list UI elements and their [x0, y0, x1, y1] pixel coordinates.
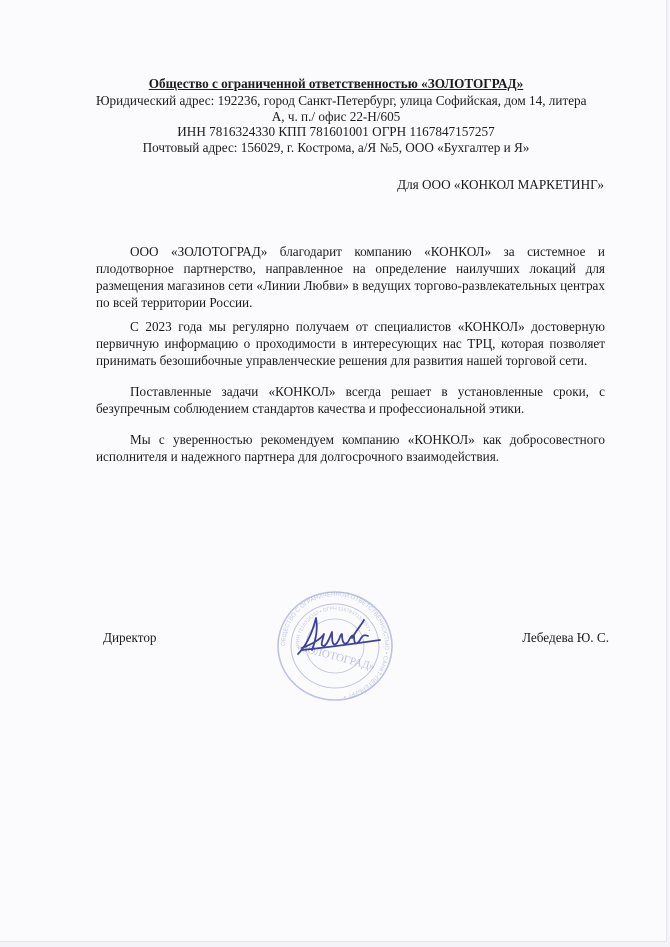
organization-title: Общество с ограниченной ответственностью… — [149, 76, 523, 91]
letter-page: Общество с ограниченной ответственностью… — [0, 0, 667, 942]
letter-body: ООО «ЗОЛОТОГРАД» благодарит компанию «КО… — [96, 243, 605, 465]
registration-numbers: ИНН 7816324330 КПП 781601001 ОГРН 116784… — [96, 124, 576, 139]
legal-address-line-2: А, ч. п./ офис 22-Н/605 — [96, 109, 576, 124]
letterhead: Общество с ограниченной ответственностью… — [96, 76, 576, 155]
body-paragraph-4: Мы с уверенностью рекомендуем компанию «… — [96, 431, 605, 465]
body-paragraph-3: Поставленные задачи «КОНКОЛ» всегда реша… — [96, 383, 605, 417]
signatory-position: Директор — [103, 630, 157, 646]
body-paragraph-2: С 2023 года мы регулярно получаем от спе… — [96, 318, 605, 369]
signatory-name: Лебедева Ю. С. — [522, 630, 609, 646]
round-seal-icon: ОБЩЕСТВО С ОГРАНИЧЕННОЙ ОТВЕТСТВЕННОСТЬЮ… — [272, 588, 398, 704]
postal-address: Почтовый адрес: 156029, г. Кострома, а/Я… — [96, 140, 576, 155]
body-paragraph-1: ООО «ЗОЛОТОГРАД» благодарит компанию «КО… — [96, 243, 605, 311]
legal-address-line-1: Юридический адрес: 192236, город Санкт-П… — [96, 93, 576, 108]
recipient-line: Для ООО «КОНКОЛ МАРКЕТИНГ» — [397, 177, 604, 193]
